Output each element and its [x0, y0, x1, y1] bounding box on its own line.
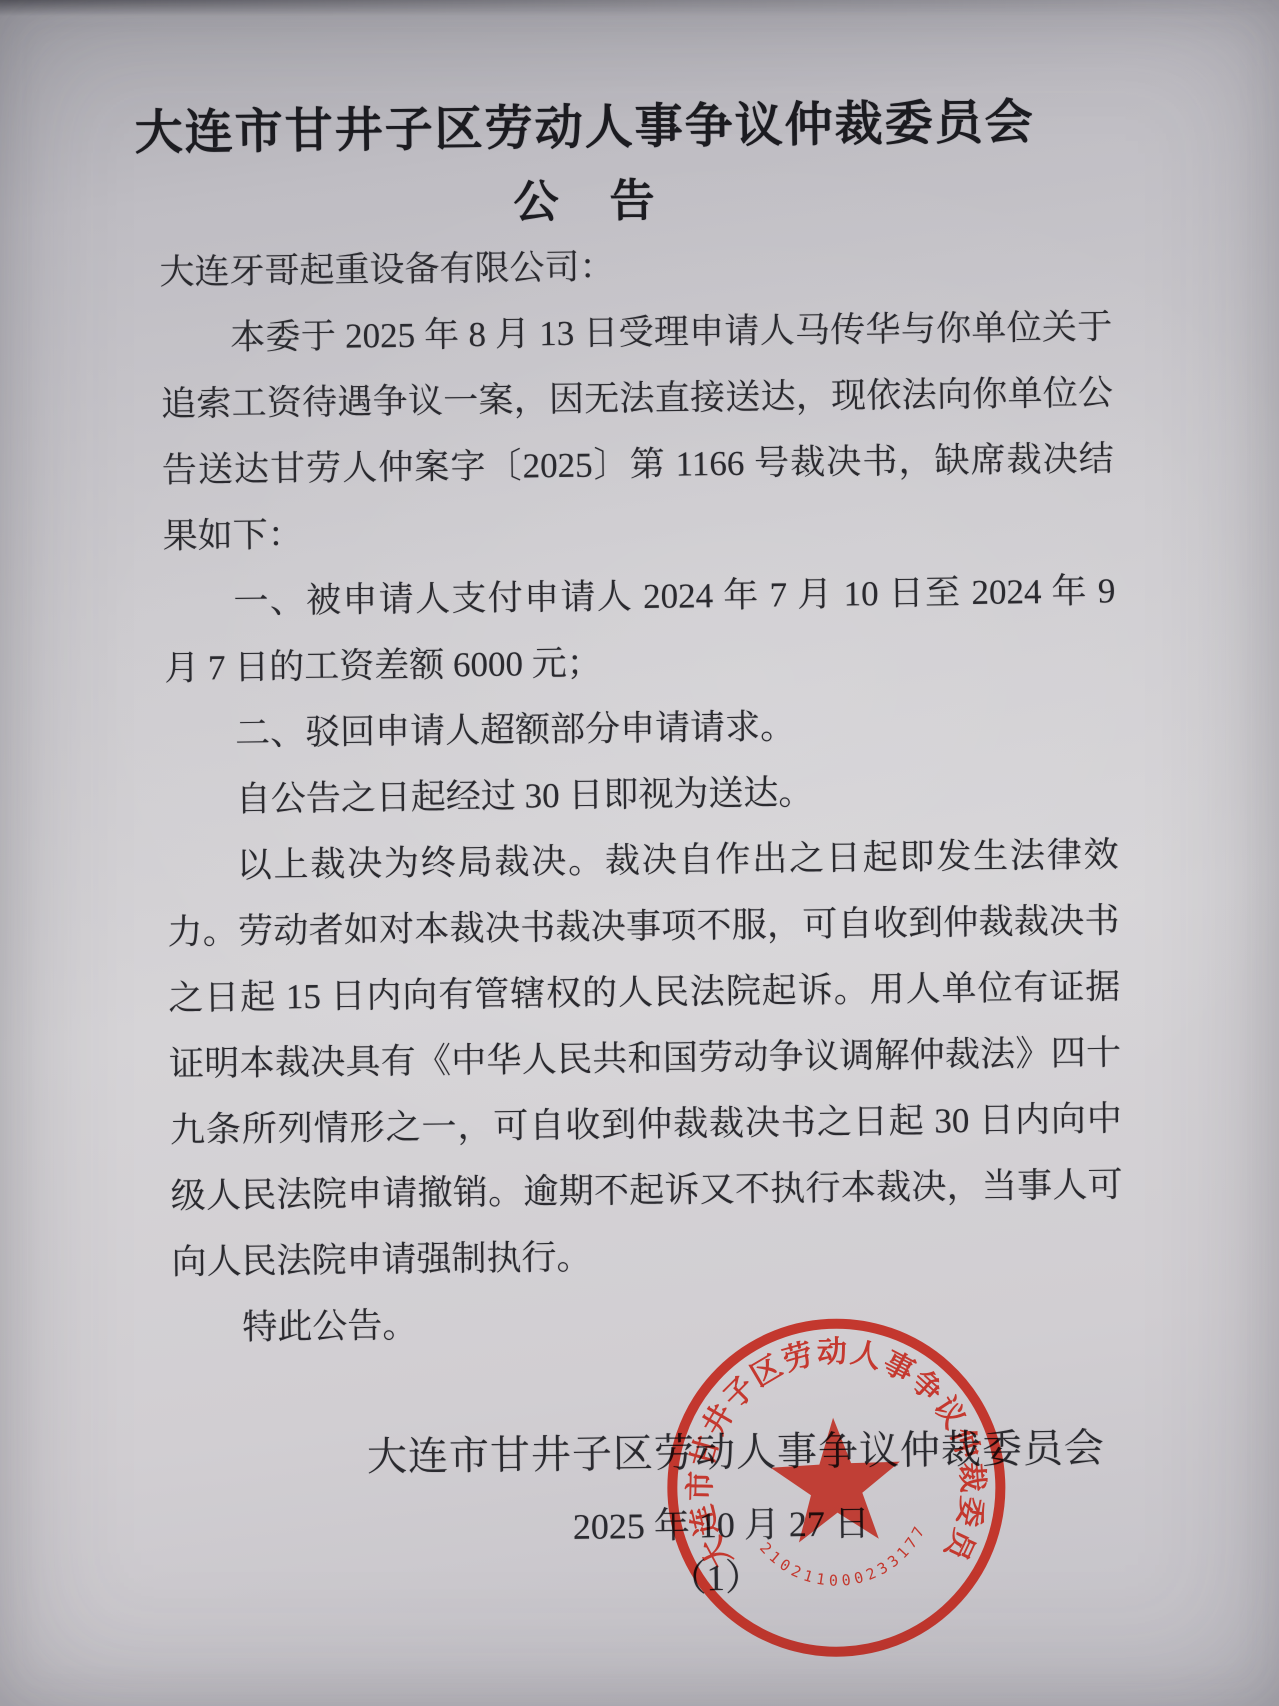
page-title: 大连市甘井子区劳动人事争议仲裁委员会 [0, 94, 1170, 164]
body-paragraph: 一、被申请人支付申请人 2024 年 7 月 10 日至 2024 年 9 月 … [163, 558, 1117, 702]
body-paragraph: 自公告之日起经过 30 日即视为送达。 [166, 756, 1119, 834]
body-paragraph: 以上裁决为终局裁决。裁决自作出之日起即发生法律效力。劳动者如对本裁决书裁决事项不… [166, 822, 1124, 1296]
body-paragraph: 二、驳回申请人超额部分申请请求。 [165, 690, 1118, 768]
seal-ring-text: 大连市甘井子区劳动人事争议仲裁委员会 [648, 1299, 992, 1582]
official-seal: 大连市甘井子区劳动人事争议仲裁委员会 210211000233177 [648, 1299, 1025, 1676]
seal-code: 210211000233177 [755, 1519, 933, 1594]
recipient-line: 大连牙哥起重设备有限公司： [159, 228, 1112, 306]
body-paragraphs: 本委于 2025 年 8 月 13 日受理申请人马传华与你单位关于追索工资待遇争… [160, 294, 1125, 1362]
document-body: 大连牙哥起重设备有限公司： 本委于 2025 年 8 月 13 日受理申请人马传… [159, 228, 1125, 1362]
body-paragraph: 本委于 2025 年 8 月 13 日受理申请人马传华与你单位关于追索工资待遇争… [160, 294, 1115, 570]
notice-page: 大连市甘井子区劳动人事争议仲裁委员会 公 告 大连牙哥起重设备有限公司： 本委于… [0, 0, 1279, 1706]
star-icon [768, 1415, 903, 1544]
document-photo: 大连市甘井子区劳动人事争议仲裁委员会 公 告 大连牙哥起重设备有限公司： 本委于… [0, 0, 1279, 1706]
document-subtitle: 公 告 [0, 168, 1171, 236]
